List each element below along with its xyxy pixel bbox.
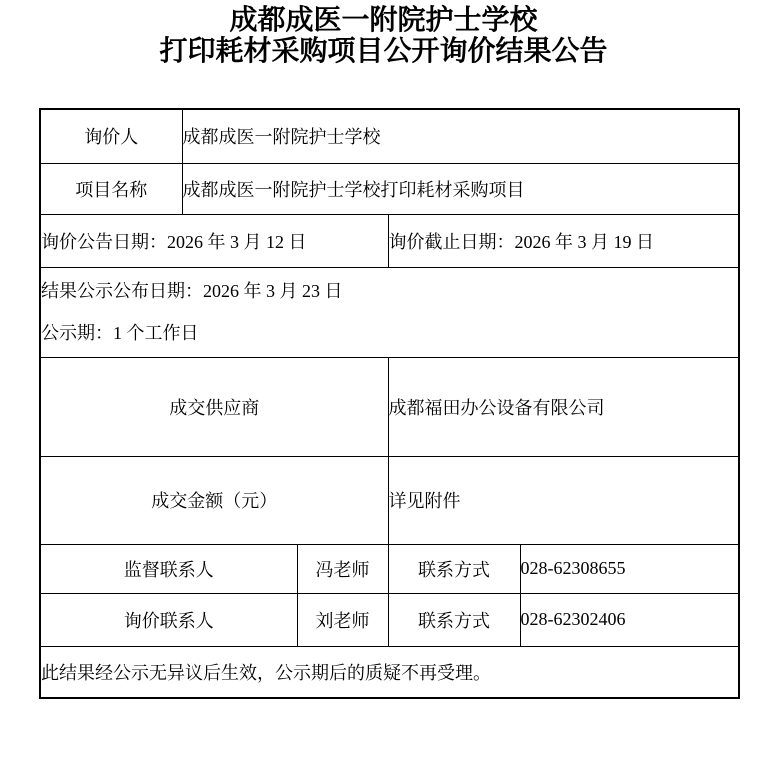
announcement-page: 成都成医一附院护士学校 打印耗材采购项目公开询价结果公告 询价人 成都成医一附院… — [0, 0, 767, 772]
supervisor-label: 监督联系人 — [40, 544, 297, 593]
result-publish-date: 结果公示公布日期：2026 年 3 月 23 日 — [41, 270, 738, 312]
supervisor-contact-label: 联系方式 — [388, 544, 520, 593]
amount-label: 成交金额（元） — [40, 456, 388, 544]
table-row-publicity: 结果公示公布日期：2026 年 3 月 23 日 公示期：1 个工作日 — [40, 267, 739, 357]
footer-note: 此结果经公示无异议后生效，公示期后的质疑不再受理。 — [40, 646, 739, 698]
table-row-footer-note: 此结果经公示无异议后生效，公示期后的质疑不再受理。 — [40, 646, 739, 698]
table-row-inquirer: 询价人 成都成医一附院护士学校 — [40, 109, 739, 163]
inquiry-contact-contact-label: 联系方式 — [388, 593, 520, 646]
inquiry-contact-label: 询价联系人 — [40, 593, 297, 646]
project-value: 成都成医一附院护士学校打印耗材采购项目 — [182, 163, 739, 214]
table-row-project: 项目名称 成都成医一附院护士学校打印耗材采购项目 — [40, 163, 739, 214]
inquiry-contact-phone: 028-62302406 — [520, 593, 739, 646]
table-row-supplier: 成交供应商 成都福田办公设备有限公司 — [40, 357, 739, 456]
page-title-line2: 打印耗材采购项目公开询价结果公告 — [0, 35, 767, 66]
supervisor-name: 冯老师 — [297, 544, 388, 593]
inquirer-value: 成都成医一附院护士学校 — [182, 109, 739, 163]
supplier-value: 成都福田办公设备有限公司 — [388, 357, 739, 456]
announce-date: 询价公告日期：2026 年 3 月 12 日 — [40, 214, 388, 267]
supervisor-phone: 028-62308655 — [520, 544, 739, 593]
page-title-line1: 成都成医一附院护士学校 — [0, 4, 767, 35]
table-row-inquiry-contact: 询价联系人 刘老师 联系方式 028-62302406 — [40, 593, 739, 646]
table-row-supervisor: 监督联系人 冯老师 联系方式 028-62308655 — [40, 544, 739, 593]
project-label: 项目名称 — [40, 163, 182, 214]
deadline-date: 询价截止日期：2026 年 3 月 19 日 — [388, 214, 739, 267]
publicity-period: 公示期：1 个工作日 — [41, 312, 738, 354]
inquiry-contact-name: 刘老师 — [297, 593, 388, 646]
result-table: 询价人 成都成医一附院护士学校 项目名称 成都成医一附院护士学校打印耗材采购项目… — [39, 108, 740, 699]
page-title: 成都成医一附院护士学校 打印耗材采购项目公开询价结果公告 — [0, 4, 767, 66]
supplier-label: 成交供应商 — [40, 357, 388, 456]
amount-value: 详见附件 — [388, 456, 739, 544]
inquirer-label: 询价人 — [40, 109, 182, 163]
table-row-amount: 成交金额（元） 详见附件 — [40, 456, 739, 544]
publicity-cell: 结果公示公布日期：2026 年 3 月 23 日 公示期：1 个工作日 — [40, 267, 739, 357]
table-row-dates: 询价公告日期：2026 年 3 月 12 日 询价截止日期：2026 年 3 月… — [40, 214, 739, 267]
